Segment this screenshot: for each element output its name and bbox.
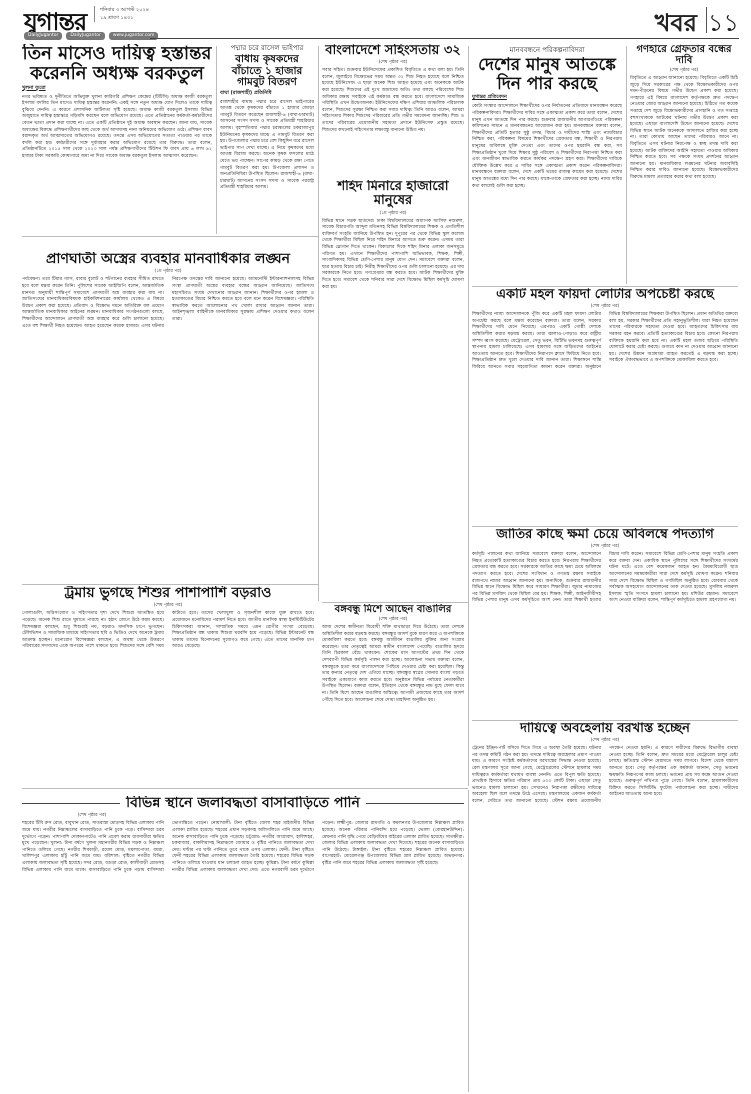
article-body: শহরের টিবি ক্রস রোড, বাবুখান রোড, সাতরাস… (22, 821, 464, 874)
article-apologize-resign: জাতির কাছে ক্ষমা চেয়ে অবিলম্বে পদত্যাগ … (472, 528, 738, 718)
article-gumboot-distribution: পদ্মার চরে রাসেল ভাইপার বাধায় কৃষকদের ব… (220, 42, 314, 234)
continued-note: (শেষ পৃষ্ঠার পর) (22, 812, 162, 819)
continued-note: (১ম পৃষ্ঠার পর) (322, 210, 464, 217)
section-divider (472, 526, 738, 527)
section-divider (322, 602, 468, 603)
article-mass-arrest: গণহারে গ্রেফতার বন্ধের দাবি (শেষ পৃষ্ঠার… (630, 44, 738, 284)
headline: শহিদ মিনারে হাজারো মানুষের (322, 180, 464, 209)
section-divider (22, 584, 318, 585)
article-body: বিবৃতিতে এ আহ্বান জানানো হয়েছে। বিবৃতিত… (630, 76, 738, 182)
article-vested-group: একটি মহল ফায়দা লোটার অপচেষ্টা করছে (শেষ… (472, 288, 738, 524)
article-body: ট্রেনের ইঞ্জিন-পার্ট বসিয়ে দিতে গিয়ে এ… (472, 746, 738, 805)
article-body: সবার সহিত। শুক্রবার ইউনিসেফের প্রকাশিত ব… (322, 68, 464, 134)
facebook-link[interactable]: DailyJugantor (66, 32, 104, 40)
continued-note: (শেষ পৃষ্ঠার পর) (630, 67, 738, 74)
article-shaheed-minar: শহিদ মিনারে হাজারো মানুষের (১ম পৃষ্ঠার প… (322, 180, 464, 600)
article-body: কর্মসূচি পালনের কথা জানিয়ে সমাবেশে বক্ত… (472, 552, 738, 605)
social-links: DailyJugantor DailyJugantor www.jugantor… (24, 32, 158, 40)
headline-text: বিভিন্ন স্থানে জলাবদ্ধতা বাসাবাড়িতে পান… (126, 796, 360, 811)
column-divider (318, 46, 319, 601)
article-trauma: ট্রমায় ভুগছে শিশুর পাশাপাশি বড়রাও (শেষ… (22, 586, 314, 786)
article-principal-handover: তিন মাসেও দায়িত্ব হস্তান্তর করেননি অধ্য… (22, 44, 212, 234)
article-planners-human-chain: মানববন্ধনে পরিকল্পনাবিদরা দেশের মানুষ আত… (472, 44, 622, 284)
byline: যুগান্তর প্রতিবেদন (472, 94, 622, 102)
article-lethal-weapons: প্রাণঘাতী অস্ত্রের ব্যবহার মানবাধিকার লঙ… (22, 252, 314, 582)
byline: বাঘা (রাজশাহী) প্রতিনিধি (220, 90, 314, 98)
continued-note: (শেষ পৃষ্ঠার পর) (472, 543, 738, 550)
section-divider (22, 236, 318, 237)
continued-note: (শেষ পৃষ্ঠার পর) (472, 303, 738, 310)
headline: ট্রমায় ভুগছে শিশুর পাশাপাশি বড়রাও (22, 586, 314, 601)
section-divider (22, 788, 468, 789)
article-dismissal-negligence: দায়িত্বে অবহেলায় বরখাস্ত হচ্ছেন (শেষ প… (472, 722, 738, 1092)
headline: তিন মাসেও দায়িত্ব হস্তান্তর করেননি অধ্য… (22, 44, 212, 84)
article-violence-32: বাংলাদেশে সহিংসতায় ৩২ (শেষ পৃষ্ঠার পর) … (322, 44, 464, 176)
section-separator (706, 7, 707, 33)
masthead: যুগান্তর শনিবার ৩ আগস্ট ২০২৪ ১৯ শ্রাবণ ১… (0, 0, 751, 40)
article-body: শিক্ষার্থীদের ন্যায্য আন্দোলনকে পুঁজি কর… (472, 312, 738, 371)
column-divider (468, 46, 469, 786)
continued-note: (শেষ পৃষ্ঠার পর) (472, 737, 738, 744)
headline: দায়িত্বে অবহেলায় বরখাস্ত হচ্ছেন (472, 722, 738, 736)
column-divider (626, 46, 627, 284)
issue-date: শনিবার ৩ আগস্ট ২০২৪ ১৯ শ্রাবণ ১৪৩১ (94, 6, 149, 22)
date-gregorian: শনিবার ৩ আগস্ট ২০২৪ (100, 6, 149, 14)
section-divider (472, 286, 738, 287)
article-body: বিভিন্ন স্থানে সড়ক ছাত্রদের। ঢাকা বিশ্ব… (322, 219, 464, 292)
article-body: পর্যবেক্ষণ। তবে টিয়ার গ্যাস, রাবার বুলে… (22, 277, 314, 330)
section-label: খবর (655, 5, 697, 45)
date-bangla: ১৯ শ্রাবণ ১৪৩১ (100, 14, 149, 22)
article-body: গোলাগুলি, অগ্নিসংযোগ ও সহিংসতার দৃশ্য দে… (22, 611, 314, 651)
continued-note: (শেষ পৃষ্ঠার পর) (22, 602, 314, 609)
article-body: নগর ভবিষ্যত ও দুর্নীতিতে অভিযুক্ত খুলনা … (22, 95, 212, 161)
headline: বাধায় কৃষকদের বাঁচাতে ১ হাজার গামবুট বি… (220, 54, 314, 89)
headline: গণহারে গ্রেফতার বন্ধের দাবি (630, 44, 738, 66)
continued-note: (শেষ পৃষ্ঠার পর) (322, 59, 464, 66)
section-divider (472, 720, 738, 721)
headline: বিভিন্ন স্থানে জলাবদ্ধতা বাসাবাড়িতে পান… (22, 796, 464, 811)
headline: বঙ্গবন্ধু মিশে আছেন বাঙালির (322, 604, 464, 615)
article-body: কোটা সংস্কার আন্দোলনে শিক্ষার্থীদের ওপর … (472, 104, 622, 190)
continued-note: (শেষ পৃষ্ঠার পর) (322, 616, 464, 623)
article-body: রাজশাহীর বাঘায় পদ্মার চরে রাসেল ভাইপারে… (220, 100, 314, 192)
column-divider (216, 46, 217, 234)
continued-note: (১ম পৃষ্ঠার পর) (22, 268, 314, 275)
masthead-divider (150, 38, 739, 39)
headline: বাংলাদেশে সহিংসতায় ৩২ (322, 44, 464, 58)
twitter-link[interactable]: DailyJugantor (24, 32, 62, 40)
article-body: আজ দেশের স্বাধীনতা বিরোধী শক্তি মাথাচাড়… (322, 625, 464, 704)
headline: দেশের মানুষ আতঙ্কে দিন পার করছে (472, 56, 622, 93)
headline: প্রাণঘাতী অস্ত্রের ব্যবহার মানবাধিকার লঙ… (22, 252, 314, 267)
headline: জাতির কাছে ক্ষমা চেয়ে অবিলম্বে পদত্যাগ (472, 528, 738, 542)
column-divider (468, 790, 469, 1092)
byline: খুলনা ব্যুরো (22, 85, 212, 93)
article-bangabandhu: বঙ্গবন্ধু মিশে আছেন বাঙালির (শেষ পৃষ্ঠার… (322, 604, 464, 786)
page-number: ১১ (708, 5, 739, 45)
article-waterlogging: বিভিন্ন স্থানে জলাবদ্ধতা বাসাবাড়িতে পান… (22, 796, 464, 1092)
headline: একটি মহল ফায়দা লোটার অপচেষ্টা করছে (472, 288, 738, 302)
